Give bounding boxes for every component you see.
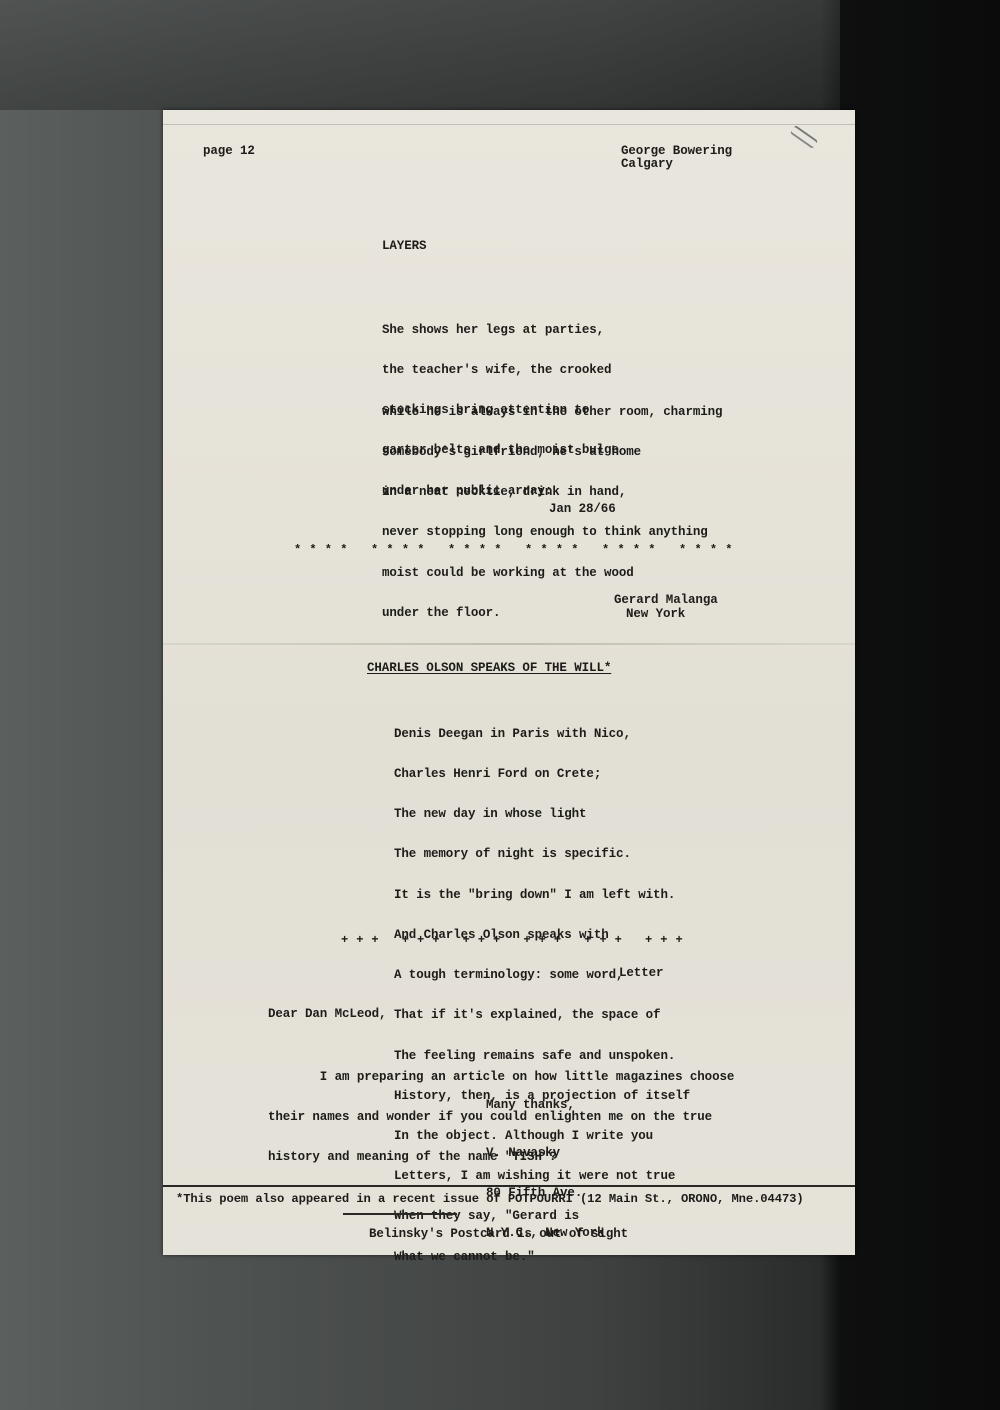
poem-line: the teacher's wife, the crooked xyxy=(382,364,619,377)
footnote: *This poem also appeared in a recent iss… xyxy=(176,1193,804,1206)
letter-line: I am preparing an article on how little … xyxy=(268,1071,734,1084)
author-name: Gerard Malanga xyxy=(614,594,718,607)
tagline: Belinsky's Postcard is out of sight xyxy=(369,1228,628,1241)
document-page: page 12 George Bowering Calgary LAYERS S… xyxy=(163,110,855,1255)
poem-line: It is the "bring down" I am left with. xyxy=(394,889,690,902)
plus-divider: + + + + + + + + + + + + + + + + + + xyxy=(341,933,683,947)
signature-line: V. Navasky xyxy=(486,1147,604,1160)
footer-rule xyxy=(163,1185,855,1187)
page-number: page 12 xyxy=(203,145,255,158)
background-shadow xyxy=(0,0,840,110)
poem-line: never stopping long enough to think anyt… xyxy=(382,526,722,539)
author-city: New York xyxy=(626,608,685,621)
poem-line: She shows her legs at parties, xyxy=(382,324,619,337)
footnote-rule xyxy=(343,1213,457,1215)
author-city: Calgary xyxy=(621,158,673,171)
poem-title: LAYERS xyxy=(382,240,426,253)
poem-line: in a neat necktie, drink in hand, xyxy=(382,486,722,499)
staple-mark xyxy=(790,125,819,149)
poem-line: Charles Henri Ford on Crete; xyxy=(394,768,690,781)
letter-closing: Many thanks, xyxy=(486,1099,575,1112)
poem-title: CHARLES OLSON SPEAKS OF THE WILL* xyxy=(367,662,611,675)
poem-line: Denis Deegan in Paris with Nico, xyxy=(394,728,690,741)
poem-line: That if it's explained, the space of xyxy=(394,1009,690,1022)
poem-line: somebody's girlfriend, he's at home xyxy=(382,446,722,459)
section-label: Letter xyxy=(619,967,663,980)
letter-salutation: Dear Dan McLeod, xyxy=(268,1008,386,1021)
poem-date: Jan 28/66 xyxy=(549,503,616,516)
poem-line: The memory of night is specific. xyxy=(394,848,690,861)
poem-line: The new day in whose light xyxy=(394,808,690,821)
poem-line: moist could be working at the wood xyxy=(382,567,722,580)
poem-line: while he is always in the other room, ch… xyxy=(382,406,722,419)
asterisk-divider: * * * * * * * * * * * * * * * * * * * * … xyxy=(294,543,733,557)
